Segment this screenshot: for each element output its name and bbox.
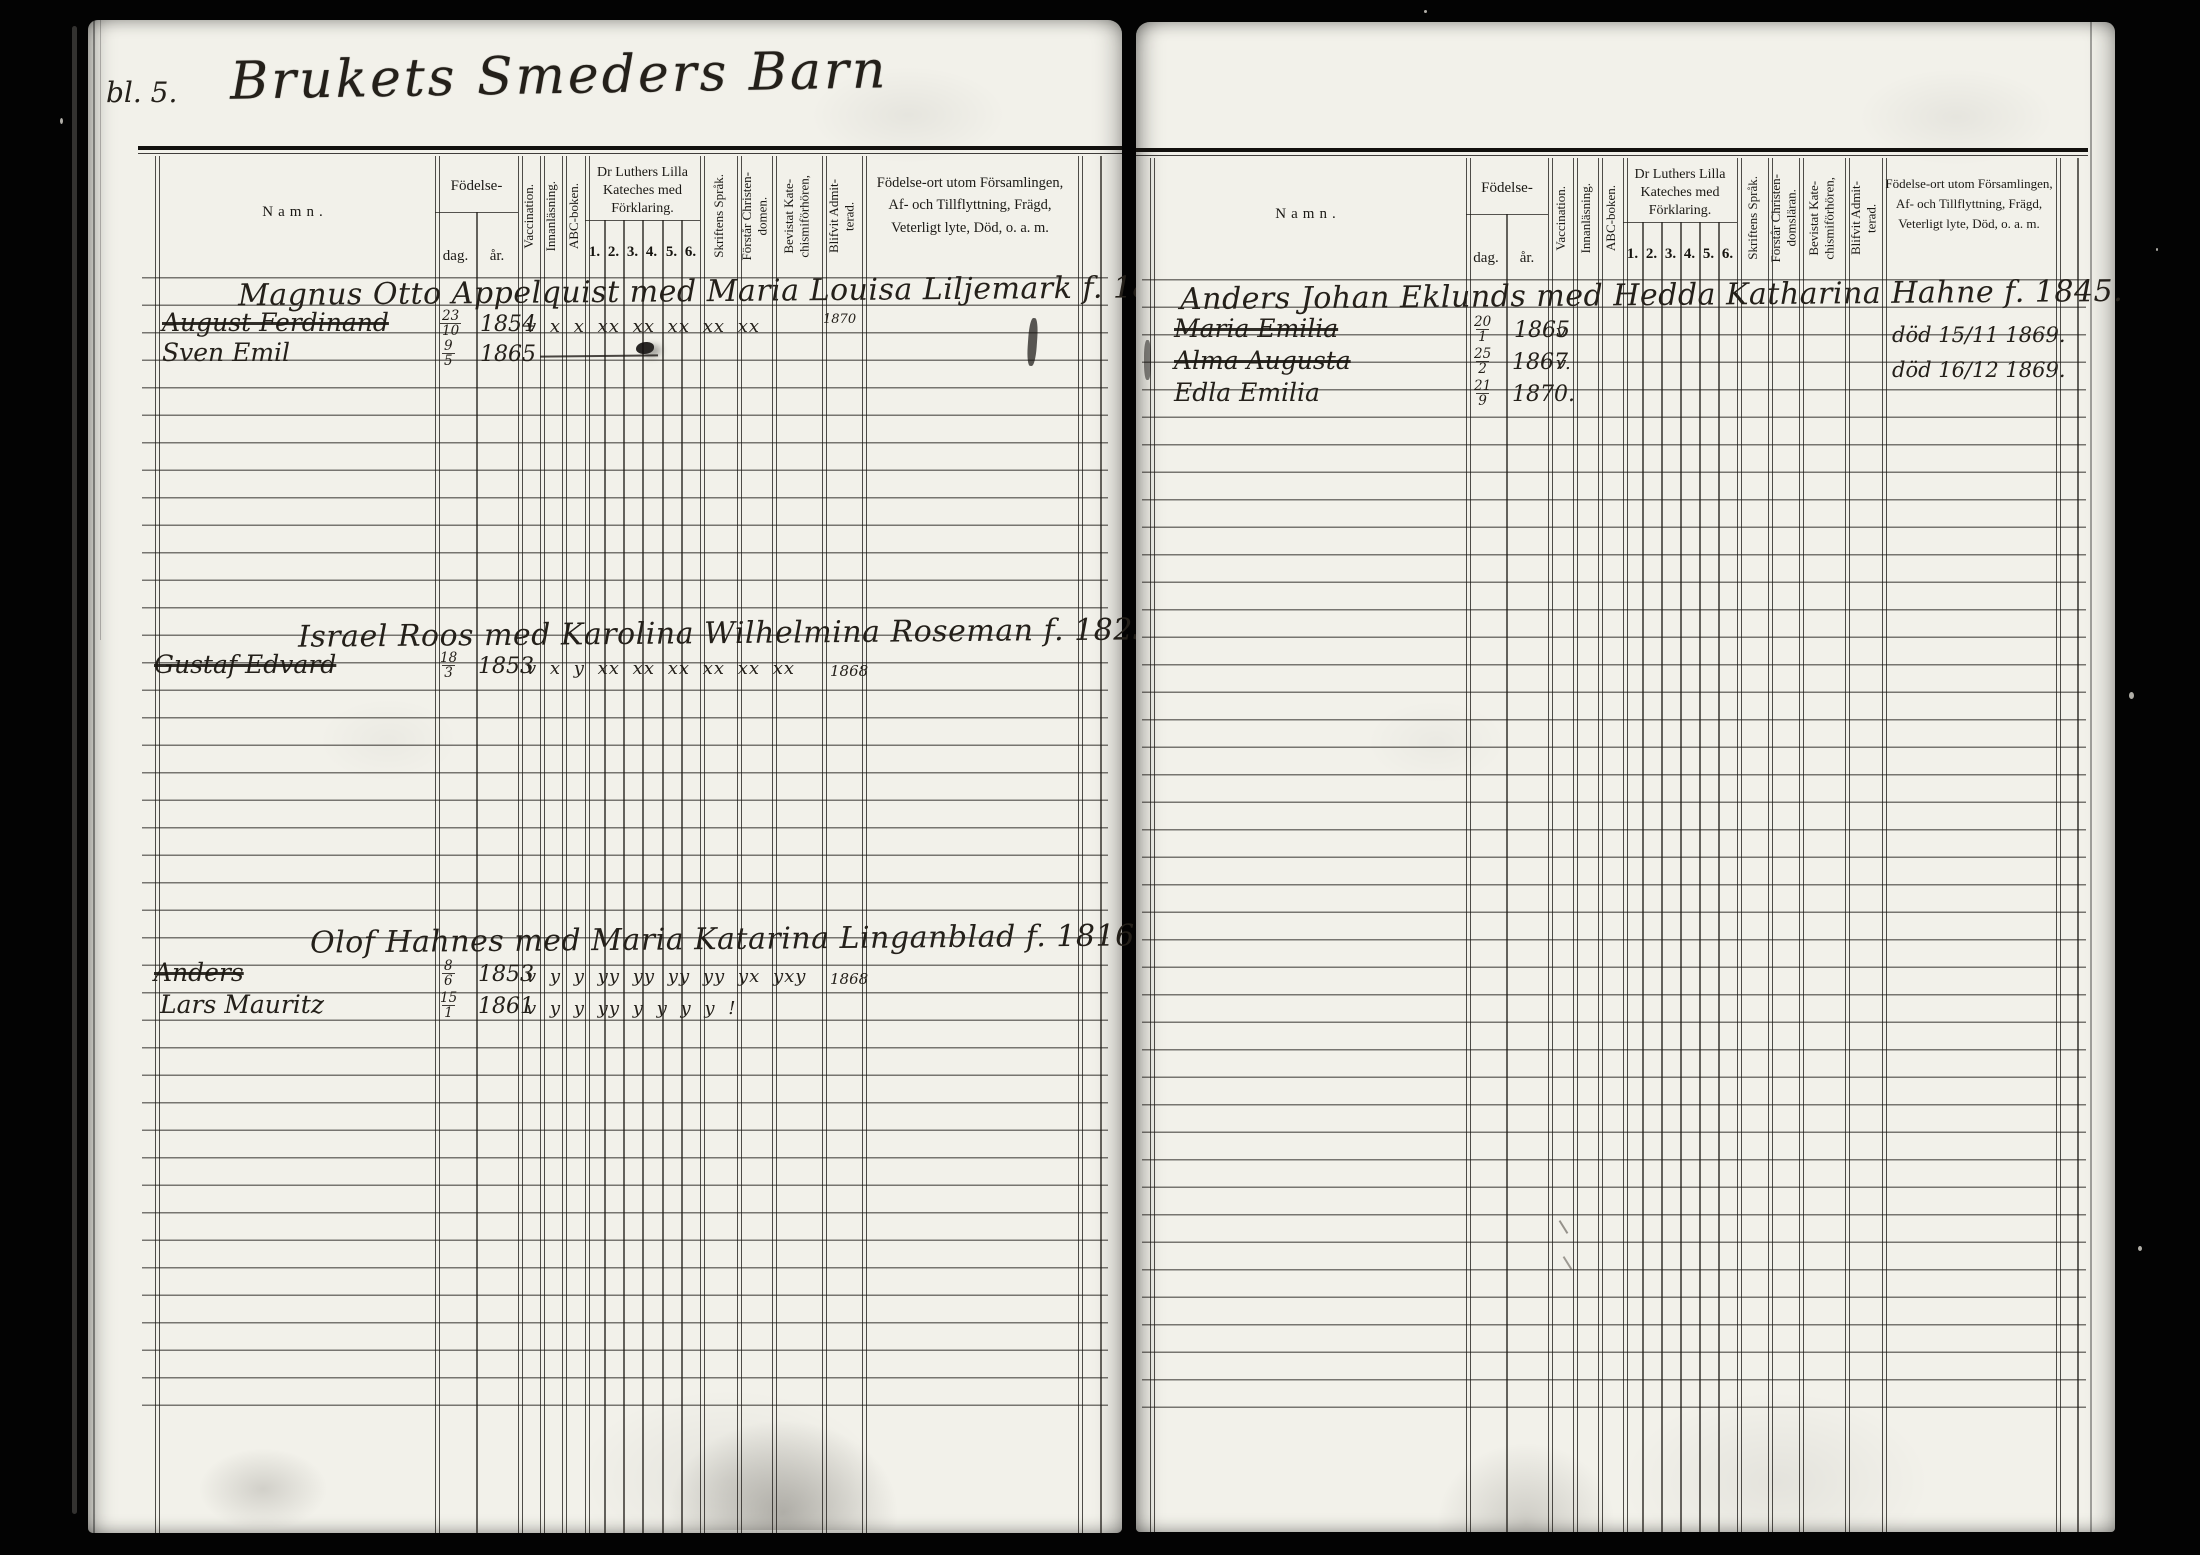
column-header-catechism: Dr Luthers Lilla Kateches med Förklaring… <box>585 164 700 219</box>
table-row: Sven Emil 95 1865 <box>88 338 1122 372</box>
table-row: Anders 86 1853 v y y yy yy yy yy yx yxy … <box>88 958 1122 992</box>
birth-date: 252 <box>1474 348 1491 376</box>
top-rule-thin <box>1136 155 2088 156</box>
column-header-attended: Bevistat Kate- chismiförhören, <box>1799 160 1845 276</box>
row-lines <box>142 277 1108 1419</box>
child-name: Edla Emilia <box>1174 378 1320 407</box>
catechism-col-6: 6. <box>1718 246 1737 263</box>
attended-label: Bevistat Kate- chismiförhören, <box>1806 177 1837 260</box>
column-header-year: år. <box>476 248 518 265</box>
catechism-col-4: 4. <box>642 244 661 261</box>
notes-header-line3: Veterligt lyte, Död, o. a. m. <box>864 217 1076 239</box>
birth-day: 9 <box>444 340 453 353</box>
column-header-day: dag. <box>1466 250 1506 267</box>
catechism-col-2: 2. <box>1642 246 1661 263</box>
page-edge-line <box>100 20 101 640</box>
page-number-label: bl. 5. <box>106 76 177 109</box>
family-header-row: Israel Roos med Karolina Wilhelmina Rose… <box>88 616 1122 650</box>
notes-header-line1: Födelse-ort utom Församlingen, <box>864 172 1076 194</box>
birth-month: 3 <box>442 665 455 680</box>
birth-day: 18 <box>440 652 457 665</box>
scripture-label: Skriftens Språk. <box>711 174 727 258</box>
column-header-year: år. <box>1506 250 1548 267</box>
vaccination-label: Vaccination. <box>1553 186 1569 251</box>
margin-speck <box>2156 248 2158 251</box>
column-header-day: dag. <box>435 248 476 265</box>
understands-label: Förstår Christen- domen. <box>739 172 770 260</box>
page-smudge <box>198 1448 328 1530</box>
attended-label: Bevistat Kate- chismiförhören, <box>781 175 812 258</box>
margin-speck <box>1424 10 1427 13</box>
admitted-label: Blifvit Admit- terad. <box>826 179 857 253</box>
column-header-birth: Födelse- <box>1466 180 1548 197</box>
catechism-col-2: 2. <box>604 244 623 261</box>
catechism-col-6: 6. <box>681 244 700 261</box>
column-header-notes: Födelse-ort utom Församlingen, Af- och T… <box>864 172 1076 239</box>
birth-day: 23 <box>442 310 459 323</box>
notes-header-line1: Födelse-ort utom Församlingen, <box>1884 174 2054 194</box>
birth-date: 95 <box>442 340 455 368</box>
child-name: Gustaf Edvard <box>154 650 336 679</box>
right-page: Namn. Födelse- dag. år. Vaccination. Inn… <box>1136 22 2115 1532</box>
left-page: bl. 5. Brukets Smeders Barn Namn. Födels… <box>88 20 1122 1533</box>
birth-date: 201 <box>1474 316 1491 344</box>
exam-marks: v y y yy yy yy yy yx yxy <box>526 966 806 987</box>
title-rule-thin <box>138 153 1122 154</box>
birth-day: 8 <box>444 960 453 973</box>
abc-book-label: ABC-boken. <box>566 183 582 249</box>
column-header-birth: Födelse- <box>435 178 518 195</box>
catechism-col-5: 5. <box>1699 246 1718 263</box>
family-header: Magnus Otto Appelquist med Maria Louisa … <box>238 270 1202 313</box>
birth-month: 6 <box>442 973 455 988</box>
exam-marks: v y y yy y y y y ! <box>526 998 737 1019</box>
scanned-register-spread: { "page_label": "bl. 5.", "title": "Bruk… <box>0 0 2200 1555</box>
notes-header-line2: Af- och Tillflyttning, Frägd, <box>1884 194 2054 214</box>
page-smudge <box>1436 1442 1616 1532</box>
page-edge-line <box>93 20 95 1533</box>
exam-marks: v <box>1556 321 1567 342</box>
family-header: Israel Roos med Karolina Wilhelmina Rose… <box>298 612 1163 655</box>
exam-marks: v x x xx xx xx xx xx <box>526 316 760 337</box>
birth-day: 15 <box>440 992 457 1005</box>
notes-header-line3: Veterligt lyte, Död, o. a. m. <box>1884 214 2054 234</box>
family-header-row: Magnus Otto Appelquist med Maria Louisa … <box>88 274 1122 308</box>
catechism-col-4: 4. <box>1680 246 1699 263</box>
column-header-admitted: Blifvit Admit- terad. <box>1845 160 1882 276</box>
family-header: Anders Johan Eklunds med Hedda Katharina… <box>1180 274 2123 317</box>
birth-year: 1870. <box>1512 382 1575 407</box>
child-name: Alma Augusta <box>1174 346 1351 375</box>
notes-header-line2: Af- och Tillflyttning, Frägd, <box>864 194 1076 216</box>
table-row: Lars Mauritz 151 1861 v y y yy y y y y ! <box>88 990 1122 1024</box>
birth-date: 151 <box>440 992 457 1020</box>
column-header-name: Namn. <box>155 204 435 221</box>
page-stack-edge <box>72 26 77 1514</box>
exam-marks: v x y xx xx xx xx xx xx <box>526 658 795 679</box>
birth-month: 10 <box>440 323 461 338</box>
column-header-scripture: Skriftens Språk. <box>700 158 737 274</box>
reading-label: Innanläsning. <box>543 181 559 251</box>
birth-date: 2310 <box>440 310 461 338</box>
abc-book-label: ABC-boken. <box>1603 185 1619 251</box>
birth-month: 1 <box>442 1005 455 1020</box>
table-row: August Ferdinand 2310 1854 v x x xx xx x… <box>88 308 1122 342</box>
row-lines <box>1142 279 2086 1421</box>
column-header-admitted: Blifvit Admit- terad. <box>822 158 862 274</box>
family-header-row: Anders Johan Eklunds med Hedda Katharina… <box>1136 278 2115 312</box>
page-title: Brukets Smeders Barn <box>230 40 889 111</box>
column-header-catechism: Dr Luthers Lilla Kateches med Förklaring… <box>1623 166 1737 221</box>
column-header-notes: Födelse-ort utom Församlingen, Af- och T… <box>1884 174 2054 234</box>
margin-speck <box>60 118 63 124</box>
admitted-label: Blifvit Admit- terad. <box>1848 181 1879 255</box>
birth-day: 25 <box>1474 348 1491 361</box>
page-smudge <box>658 1412 908 1530</box>
gutter-smear <box>1144 340 1151 380</box>
blank-dash <box>540 354 658 357</box>
table-row: Edla Emilia 219 1870. <box>1136 378 2115 412</box>
birth-date: 183 <box>440 652 457 680</box>
birth-day: 21 <box>1474 380 1491 393</box>
column-header-understands: Förstår Christen- domen. <box>737 158 772 274</box>
page-edge-line <box>2090 22 2092 1532</box>
admitted-year: 1868 <box>830 970 868 988</box>
reading-label: Innanläsning. <box>1578 183 1594 253</box>
title-rule <box>138 146 1122 150</box>
birth-date: 86 <box>442 960 455 988</box>
birth-month: 1 <box>1476 329 1489 344</box>
margin-speck <box>2138 1246 2142 1251</box>
child-name: Lars Mauritz <box>160 990 324 1019</box>
child-name: Anders <box>154 958 244 987</box>
birth-day: 20 <box>1474 316 1491 329</box>
top-rule <box>1136 148 2088 152</box>
table-row: Gustaf Edvard 183 1853 v x y xx xx xx xx… <box>88 650 1122 684</box>
family-header-row: Olof Hahnes med Maria Katarina Linganbla… <box>88 922 1122 956</box>
vaccination-label: Vaccination. <box>521 184 537 249</box>
birth-month: 9 <box>1476 393 1489 408</box>
margin-speck <box>2129 692 2134 699</box>
catechism-col-3: 3. <box>623 244 642 261</box>
child-name: Maria Emilia <box>1174 314 1338 343</box>
admitted-year: 1868 <box>830 662 868 680</box>
death-note: död 15/11 1869. <box>1892 323 2066 347</box>
scripture-label: Skriftens Språk. <box>1745 176 1761 260</box>
child-name: Sven Emil <box>162 338 290 367</box>
column-header-name: Namn. <box>1150 206 1466 223</box>
family-header: Olof Hahnes med Maria Katarina Linganbla… <box>310 918 1135 960</box>
table-row: Alma Augusta 252 1867 v. död 16/12 1869. <box>1136 346 2115 380</box>
birth-month: 2 <box>1476 361 1489 376</box>
birth-date: 219 <box>1474 380 1491 408</box>
child-name: August Ferdinand <box>162 308 389 337</box>
catechism-col-3: 3. <box>1661 246 1680 263</box>
birth-month: 5 <box>442 353 455 368</box>
column-header-attended: Bevistat Kate- chismiförhören, <box>772 158 822 274</box>
table-row: Maria Emilia 201 1865 v död 15/11 1869. <box>1136 314 2115 348</box>
catechism-col-5: 5. <box>662 244 681 261</box>
exam-marks: v. <box>1556 353 1572 374</box>
birth-year: 1865 <box>480 342 536 367</box>
